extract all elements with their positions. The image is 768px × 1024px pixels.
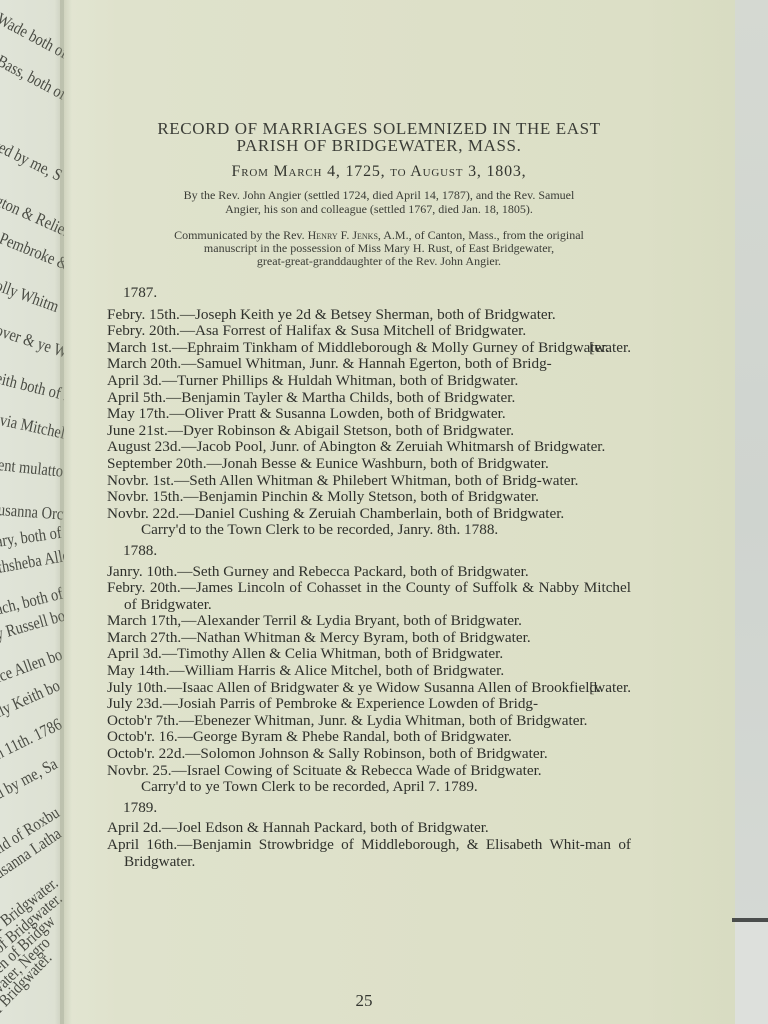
communicator-name: Henry F. Jenks — [308, 228, 378, 242]
page-title: RECORD OF MARRIAGES SOLEMNIZED IN THE EA… — [122, 120, 636, 154]
facing-page-text: d by me, Sa — [0, 754, 61, 804]
marriage-entry: March 17th,—Alexander Terril & Lydia Bry… — [107, 613, 631, 630]
marriage-entry: March 27th.—Nathan Whitman & Mercy Byram… — [107, 630, 631, 647]
marriage-entry: September 20th.—Jonah Besse & Eunice Was… — [107, 456, 631, 473]
marriage-entry: Febry. 15th.—Joseph Keith ye 2d & Betsey… — [107, 307, 631, 324]
marriage-entry: May 17th.—Oliver Pratt & Susanna Lowden,… — [107, 406, 631, 423]
marriage-records: 1787.Febry. 15th.—Joseph Keith ye 2d & B… — [107, 285, 631, 870]
facing-page-text: n 11th. 1786 — [0, 714, 64, 764]
marriage-entry: June 21st.—Dyer Robinson & Abigail Stets… — [107, 423, 631, 440]
year-heading: 1788. — [107, 543, 631, 560]
marriage-entry: Novbr. 25.—Israel Cowing of Scituate & R… — [107, 763, 631, 780]
date-range-subtitle: From March 4, 1725, to August 3, 1803, — [122, 163, 636, 181]
facing-page-text: ted by me, S — [0, 136, 64, 186]
byline: By the Rev. John Angier (settled 1724, d… — [124, 189, 634, 216]
facing-page-text: over & ye W — [0, 320, 64, 362]
facing-page-text: usanna Orcutt — [0, 500, 64, 526]
marriage-entry: April 3d.—Timothy Allen & Celia Whitman,… — [107, 646, 631, 663]
page-number: 25 — [64, 991, 664, 1011]
facing-page-text: ent mulatto F — [0, 455, 64, 483]
facing-page-text: eith both of B — [0, 368, 64, 407]
byline-line-2: Angier, his son and colleague (settled 1… — [124, 203, 634, 217]
marriage-entry: Octob'r 7th.—Ebenezer Whitman, Junr. & L… — [107, 713, 631, 730]
marriage-entry: Febry. 20th.—James Lincoln of Cohasset i… — [107, 580, 631, 613]
facing-page-text: olly Whitm — [0, 276, 61, 317]
marriage-entry: July 10th.—Isaac Allen of Bridgwater & y… — [107, 680, 631, 697]
marriage-entry: April 2d.—Joel Edson & Hannah Packard, b… — [107, 820, 631, 837]
book-photo: Wade both of BBass, both of Bted by me, … — [0, 0, 768, 1024]
facing-page-text: via Mitchel — [0, 410, 64, 443]
facing-page-fragment: Wade both of BBass, both of Bted by me, … — [0, 0, 64, 1024]
background-surface — [735, 0, 768, 1024]
marriage-entry: May 14th.—William Harris & Alice Mitchel… — [107, 663, 631, 680]
byline-line-1: By the Rev. John Angier (settled 1724, d… — [124, 189, 634, 203]
marriage-entry: Octob'r. 16.—George Byram & Phebe Randal… — [107, 729, 631, 746]
marriage-entry: Janry. 10th.—Seth Gurney and Rebecca Pac… — [107, 564, 631, 581]
year-heading: 1787. — [107, 285, 631, 302]
marriage-entry: April 3d.—Turner Phillips & Huldah Whitm… — [107, 373, 631, 390]
title-line-1: RECORD OF MARRIAGES SOLEMNIZED IN THE EA… — [122, 120, 636, 137]
title-line-2: PARISH OF BRIDGEWATER, MASS. — [122, 137, 636, 154]
marriage-entry: April 5th.—Benjamin Tayler & Martha Chil… — [107, 390, 631, 407]
marriage-entry: Novbr. 22d.—Daniel Cushing & Zeruiah Cha… — [107, 506, 631, 523]
marriage-entry: July 23d.—Josiah Parris of Pembroke & Ex… — [107, 696, 631, 713]
marriage-entry: August 23d.—Jacob Pool, Junr. of Abingto… — [107, 439, 631, 456]
marriage-entry: March 20th.—Samuel Whitman, Junr. & Hann… — [107, 356, 631, 373]
book-page: RECORD OF MARRIAGES SOLEMNIZED IN THE EA… — [64, 0, 735, 1024]
recorded-note: Carry'd to the Town Clerk to be recorded… — [107, 522, 631, 539]
marriage-entry: Octob'r. 22d.—Solomon Johnson & Sally Ro… — [107, 746, 631, 763]
facing-page-text: Bass, both of B — [0, 51, 64, 110]
marriage-entry: March 1st.—Ephraim Tinkham of Middleboro… — [107, 340, 631, 357]
marriage-entry: Febry. 20th.—Asa Forrest of Halifax & Su… — [107, 323, 631, 340]
background-lower — [735, 922, 768, 1024]
communicated-line-3: great-great-granddaughter of the Rev. Jo… — [114, 255, 644, 268]
recorded-note: Carry'd to ye Town Clerk to be recorded,… — [107, 779, 631, 796]
marriage-entry: Novbr. 1st.—Seth Allen Whitman & Philebe… — [107, 473, 631, 490]
year-heading: 1789. — [107, 800, 631, 817]
communicated-note: Communicated by the Rev. Henry F. Jenks,… — [114, 229, 644, 268]
marriage-entry: Novbr. 15th.—Benjamin Pinchin & Molly St… — [107, 489, 631, 506]
marriage-entry: April 16th.—Benjamin Strowbridge of Midd… — [107, 837, 631, 870]
